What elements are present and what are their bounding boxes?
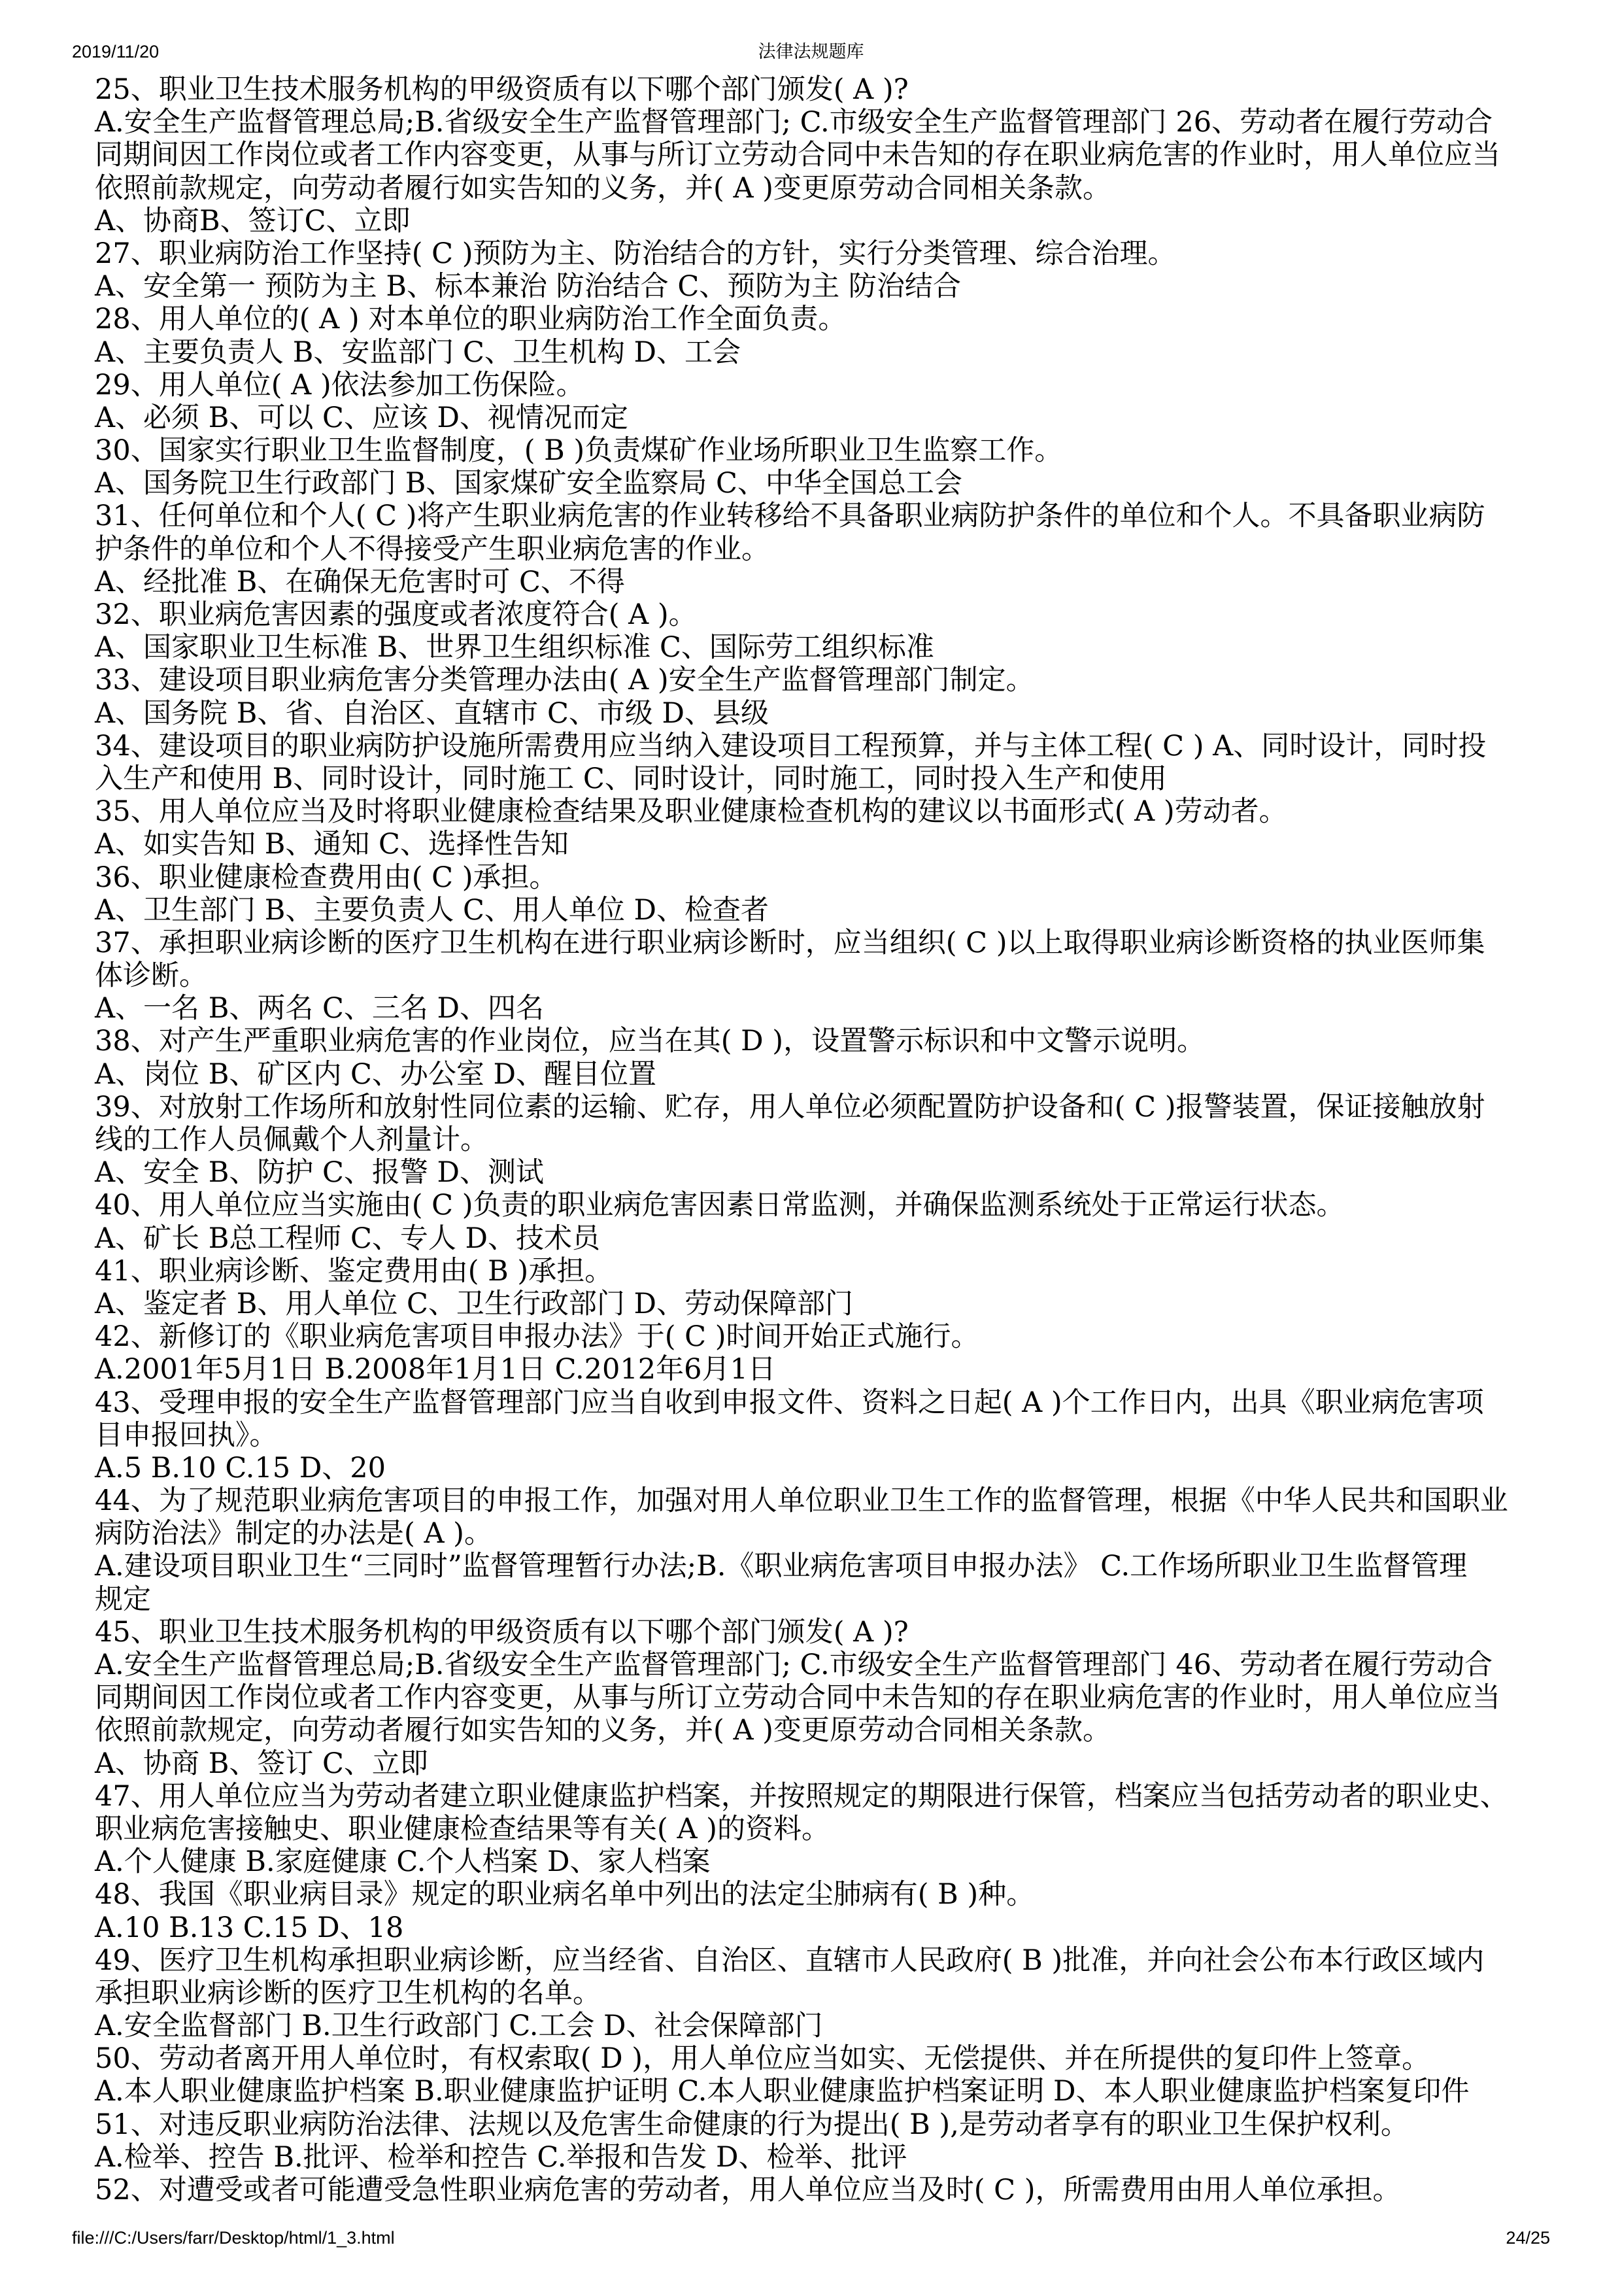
text-line: A、国务院卫生行政部门 B、国家煤矿安全监察局 C、中华全国总工会 (95, 467, 1553, 500)
footer-page-number: 24/25 (1506, 2228, 1550, 2248)
text-line: 44、为了规范职业病危害项目的申报工作，加强对用人单位职业卫生工作的监督管理，根… (95, 1484, 1553, 1517)
text-line: 30、国家实行职业卫生监督制度，( B )负责煤矿作业场所职业卫生监察工作。 (95, 434, 1553, 467)
text-line: 28、用人单位的( A ) 对本单位的职业病防治工作全面负责。 (95, 303, 1553, 335)
text-line: A、一名 B、两名 C、三名 D、四名 (95, 992, 1553, 1025)
text-line: A.10 B.13 C.15 D、18 (95, 1911, 1553, 1944)
text-line: 依照前款规定，向劳动者履行如实告知的义务，并( A )变更原劳动合同相关条款。 (95, 1714, 1553, 1747)
text-line: A、国务院 B、省、自治区、直辖市 C、市级 D、县级 (95, 697, 1553, 730)
text-line: A.建设项目职业卫生“三同时”监督管理暂行办法;B.《职业病危害项目申报办法》 … (95, 1550, 1553, 1583)
text-line: 27、职业病防治工作坚持( C )预防为主、防治结合的方针，实行分类管理、综合治… (95, 237, 1553, 270)
text-line: A、安全 B、防护 C、报警 D、测试 (95, 1156, 1553, 1189)
footer-file-path: file:///C:/Users/farr/Desktop/html/1_3.h… (72, 2228, 395, 2248)
text-line: 52、对遭受或者可能遭受急性职业病危害的劳动者，用人单位应当及时( C )，所需… (95, 2174, 1553, 2206)
text-line: A.安全生产监督管理总局;B.省级安全生产监督管理部门; C.市级安全生产监督管… (95, 1649, 1553, 1681)
text-line: 同期间因工作岗位或者工作内容变更，从事与所订立劳动合同中未告知的存在职业病危害的… (95, 1681, 1553, 1714)
text-line: 33、建设项目职业病危害分类管理办法由( A )安全生产监督管理部门制定。 (95, 664, 1553, 696)
text-line: 入生产和使用 B、同时设计，同时施工 C、同时设计，同时施工，同时投入生产和使用 (95, 762, 1553, 795)
text-line: 线的工作人员佩戴个人剂量计。 (95, 1123, 1553, 1156)
text-line: 51、对违反职业病防治法律、法规以及危害生命健康的行为提出( B ),是劳动者享… (95, 2108, 1553, 2141)
text-line: 规定 (95, 1583, 1553, 1616)
text-line: 护条件的单位和个人不得接受产生职业病危害的作业。 (95, 533, 1553, 566)
text-line: A、国家职业卫生标准 B、世界卫生组织标准 C、国际劳工组织标准 (95, 631, 1553, 664)
text-line: A.安全生产监督管理总局;B.省级安全生产监督管理部门; C.市级安全生产监督管… (95, 106, 1553, 139)
text-line: 48、我国《职业病目录》规定的职业病名单中列出的法定尘肺病有( B )种。 (95, 1878, 1553, 1911)
text-line: 36、职业健康检查费用由( C )承担。 (95, 861, 1553, 894)
text-line: 31、任何单位和个人( C )将产生职业病危害的作业转移给不具备职业病防护条件的… (95, 500, 1553, 532)
page-footer: file:///C:/Users/farr/Desktop/html/1_3.h… (72, 2228, 1550, 2248)
text-line: 同期间因工作岗位或者工作内容变更，从事与所订立劳动合同中未告知的存在职业病危害的… (95, 139, 1553, 171)
text-line: A、矿长 B总工程师 C、专人 D、技术员 (95, 1222, 1553, 1255)
text-line: 41、职业病诊断、鉴定费用由( B )承担。 (95, 1255, 1553, 1288)
text-line: A、经批准 B、在确保无危害时可 C、不得 (95, 566, 1553, 598)
text-line: A.检举、控告 B.批评、检举和控告 C.举报和告发 D、检举、批评 (95, 2141, 1553, 2174)
text-line: A、协商 B、签订 C、立即 (95, 1747, 1553, 1780)
text-line: 49、医疗卫生机构承担职业病诊断，应当经省、自治区、直辖市人民政府( B )批准… (95, 1944, 1553, 1977)
text-line: 38、对产生严重职业病危害的作业岗位，应当在其( D )，设置警示标识和中文警示… (95, 1025, 1553, 1057)
text-line: 29、用人单位( A )依法参加工伤保险。 (95, 369, 1553, 402)
text-line: 病防治法》制定的办法是( A )。 (95, 1517, 1553, 1550)
text-line: A、必须 B、可以 C、应该 D、视情况而定 (95, 402, 1553, 434)
text-line: 体诊断。 (95, 959, 1553, 992)
text-line: 42、新修订的《职业病危害项目申报办法》于( C )时间开始正式施行。 (95, 1320, 1553, 1353)
text-line: A、卫生部门 B、主要负责人 C、用人单位 D、检查者 (95, 894, 1553, 927)
text-line: A、协商B、签订C、立即 (95, 205, 1553, 237)
text-line: 职业病危害接触史、职业健康检查结果等有关( A )的资料。 (95, 1813, 1553, 1845)
text-line: 40、用人单位应当实施由( C )负责的职业病危害因素日常监测，并确保监测系统处… (95, 1189, 1553, 1222)
header-title: 法律法规题库 (72, 42, 1550, 61)
text-line: 依照前款规定，向劳动者履行如实告知的义务，并( A )变更原劳动合同相关条款。 (95, 172, 1553, 205)
page-header: 2019/11/20 法律法规题库 (72, 42, 1550, 61)
text-line: 32、职业病危害因素的强度或者浓度符合( A )。 (95, 598, 1553, 631)
text-line: A、主要负责人 B、安监部门 C、卫生机构 D、工会 (95, 336, 1553, 369)
text-line: 50、劳动者离开用人单位时，有权索取( D )，用人单位应当如实、无偿提供、并在… (95, 2042, 1553, 2075)
text-line: 47、用人单位应当为劳动者建立职业健康监护档案，并按照规定的期限进行保管，档案应… (95, 1780, 1553, 1813)
text-line: A.2001年5月1日 B.2008年1月1日 C.2012年6月1日 (95, 1353, 1553, 1386)
text-line: A、鉴定者 B、用人单位 C、卫生行政部门 D、劳动保障部门 (95, 1288, 1553, 1320)
text-line: A.个人健康 B.家庭健康 C.个人档案 D、家人档案 (95, 1845, 1553, 1878)
text-line: A、岗位 B、矿区内 C、办公室 D、醒目位置 (95, 1058, 1553, 1091)
question-bank-content: 25、职业卫生技术服务机构的甲级资质有以下哪个部门颁发( A )? A.安全生产… (95, 73, 1553, 2239)
text-line: 目申报回执》。 (95, 1419, 1553, 1452)
text-line: 承担职业病诊断的医疗卫生机构的名单。 (95, 1977, 1553, 2010)
text-line: 45、职业卫生技术服务机构的甲级资质有以下哪个部门颁发( A )? (95, 1616, 1553, 1649)
text-line: A.本人职业健康监护档案 B.职业健康监护证明 C.本人职业健康监护档案证明 D… (95, 2075, 1553, 2108)
text-line: A、如实告知 B、通知 C、选择性告知 (95, 828, 1553, 861)
text-line: A、安全第一 预防为主 B、标本兼治 防治结合 C、预防为主 防治结合 (95, 270, 1553, 303)
text-line: 39、对放射工作场所和放射性同位素的运输、贮存，用人单位必须配置防护设备和( C… (95, 1091, 1553, 1123)
text-line: 37、承担职业病诊断的医疗卫生机构在进行职业病诊断时，应当组织( C )以上取得… (95, 927, 1553, 959)
text-line: 43、受理申报的安全生产监督管理部门应当自收到申报文件、资料之日起( A )个工… (95, 1386, 1553, 1419)
text-line: 35、用人单位应当及时将职业健康检查结果及职业健康检查机构的建议以书面形式( A… (95, 795, 1553, 828)
text-line: A.5 B.10 C.15 D、20 (95, 1452, 1553, 1484)
text-line: 25、职业卫生技术服务机构的甲级资质有以下哪个部门颁发( A )? (95, 73, 1553, 106)
text-line: 34、建设项目的职业病防护设施所需费用应当纳入建设项目工程预算，并与主体工程( … (95, 730, 1553, 762)
text-line: A.安全监督部门 B.卫生行政部门 C.工会 D、社会保障部门 (95, 2010, 1553, 2042)
